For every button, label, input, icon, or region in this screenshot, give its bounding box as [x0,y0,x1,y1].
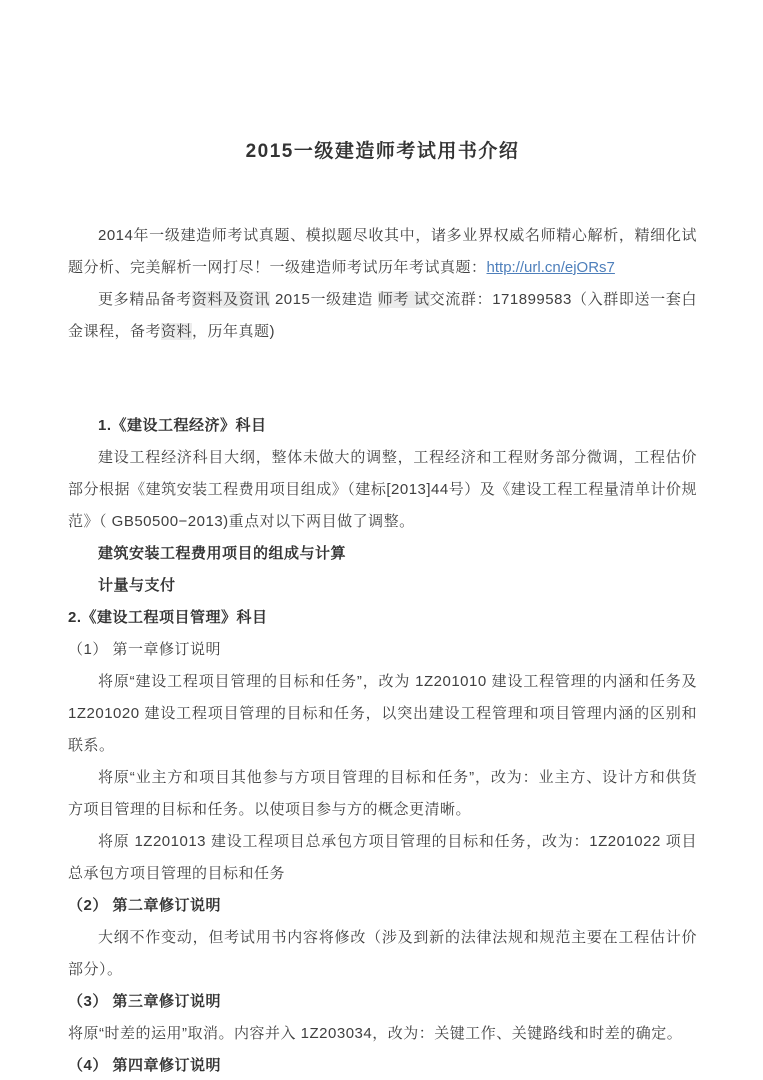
intro-p2-segment-2: 2015一级建造 [270,291,378,308]
section-1-bold-line-2: 计量与支付 [68,570,697,602]
section-1-paragraph: 建设工程经济科目大纲，整体未做大的调整，工程经济和工程财务部分微调，工程估价部分… [68,442,697,538]
exam-papers-link[interactable]: http://url.cn/ejORs7 [487,259,615,276]
section-1-bold-line-1: 建筑安装工程费用项目的组成与计算 [68,538,697,570]
section-1-heading: 1.《建设工程经济》科目 [68,410,697,442]
section-2-item-3-paragraph-1: 将原“时差的运用”取消。内容并入 1Z203034，改为：关键工作、关键路线和时… [68,1018,697,1050]
section-2-item-1-paragraph-3: 将原 1Z201013 建设工程项目总承包方项目管理的目标和任务，改为：1Z20… [68,826,697,890]
intro-p2-segment-1: 更多精品备考 [98,291,192,308]
intro-paragraph-1: 2014年一级建造师考试真题、模拟题尽收其中，诸多业界权威名师精心解析，精细化试… [68,220,697,284]
document-title: 2015一级建造师考试用书介绍 [68,138,697,166]
intro-paragraph-2: 更多精品备考资料及资讯 2015一级建造 师考 试交流群：171899583（入… [68,284,697,348]
section-2-item-4-label: （4） 第四章修订说明 [68,1050,697,1080]
section-2-item-3-label: （3） 第三章修订说明 [68,986,697,1018]
intro-p2-segment-4: ，历年真题) [192,323,275,340]
document-page: 2015一级建造师考试用书介绍 2014年一级建造师考试真题、模拟题尽收其中，诸… [0,0,763,1080]
intro-p2-keyword-highlight-1: 资料及资讯 [192,291,270,308]
section-2-item-1-label: （1） 第一章修订说明 [68,634,697,666]
section-2-heading: 2.《建设工程项目管理》科目 [68,602,697,634]
intro-p2-keyword-highlight-2: 师考 试 [378,291,430,308]
intro-p2-keyword-highlight-3: 资料 [161,323,192,340]
section-2-item-2-label: （2） 第二章修订说明 [68,890,697,922]
section-2-item-2-paragraph-1: 大纲不作变动，但考试用书内容将修改（涉及到新的法律法规和规范主要在工程估计价部分… [68,922,697,986]
section-2-item-1-paragraph-1: 将原“建设工程项目管理的目标和任务”，改为 1Z201010 建设工程管理的内涵… [68,666,697,762]
section-2-item-1-paragraph-2: 将原“业主方和项目其他参与方项目管理的目标和任务”，改为：业主方、设计方和供货方… [68,762,697,826]
